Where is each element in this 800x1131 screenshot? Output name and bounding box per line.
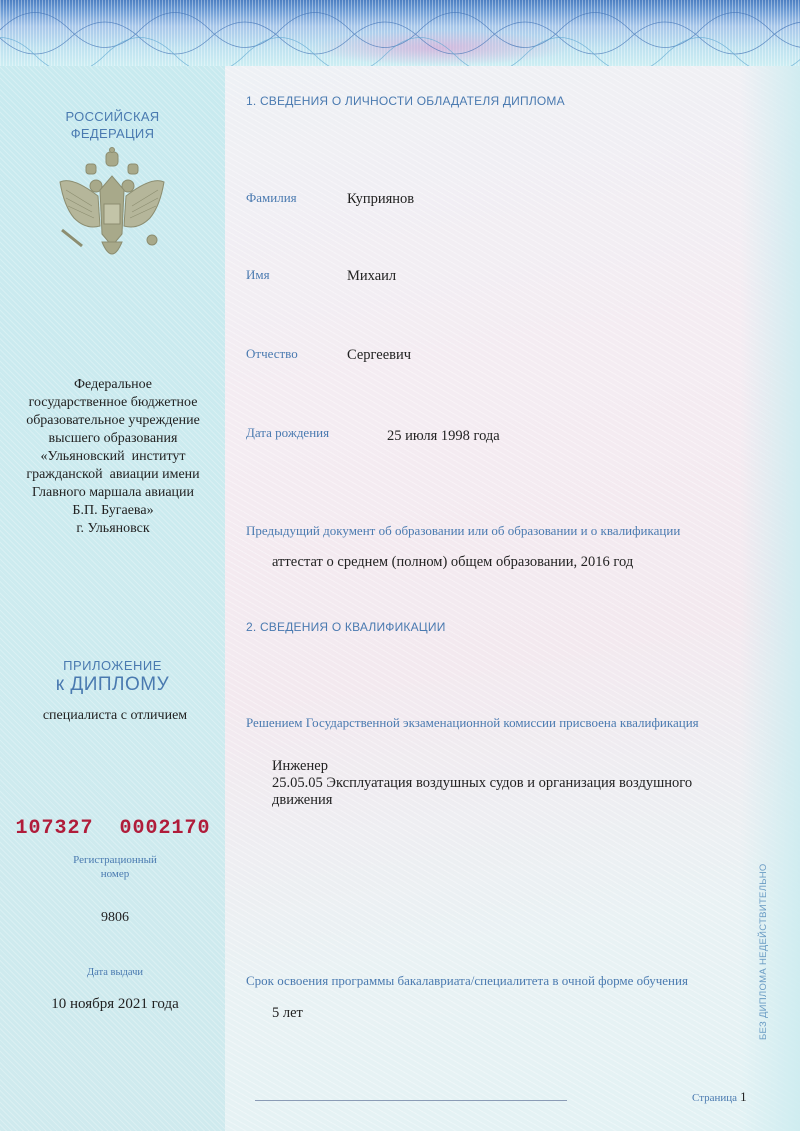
- surname-label: Фамилия: [246, 190, 297, 206]
- patronymic-value: Сергеевич: [347, 347, 411, 364]
- country-line-2: ФЕДЕРАЦИЯ: [40, 125, 185, 142]
- duration-label: Срок освоения программы бакалавриата/спе…: [246, 973, 688, 989]
- issue-date-label: Дата выдачи: [10, 967, 220, 978]
- registration-label: Регистрационный номер: [10, 853, 220, 881]
- surname-value: Куприянов: [347, 191, 414, 208]
- coat-of-arms-icon: [52, 146, 172, 274]
- previous-document-value: аттестат о среднем (полном) общем образо…: [272, 554, 633, 571]
- qualification-value: Инженер 25.05.05 Эксплуатация воздушных …: [272, 758, 742, 809]
- issue-date: 10 ноября 2021 года: [10, 996, 220, 1013]
- country-line-1: РОССИЙСКАЯ: [40, 108, 185, 125]
- first-name-label: Имя: [246, 267, 270, 283]
- main-panel: [225, 66, 800, 1131]
- birth-date-value: 25 июля 1998 года: [387, 428, 500, 445]
- country-name: РОССИЙСКАЯ ФЕДЕРАЦИЯ: [40, 108, 185, 142]
- page-label: Страница: [692, 1092, 737, 1104]
- validity-note: БЕЗ ДИПЛОМА НЕДЕЙСТВИТЕЛЬНО: [758, 863, 769, 1040]
- previous-document-label: Предыдущий документ об образовании или о…: [246, 523, 680, 539]
- section-1-title: 1. СВЕДЕНИЯ О ЛИЧНОСТИ ОБЛАДАТЕЛЯ ДИПЛОМ…: [246, 94, 565, 108]
- first-name-value: Михаил: [347, 268, 396, 285]
- qualification-specialty: 25.05.05 Эксплуатация воздушных судов и …: [272, 775, 742, 809]
- page-indicator: Страница1: [692, 1089, 747, 1105]
- signature-line: [255, 1100, 567, 1101]
- patronymic-label: Отчество: [246, 346, 298, 362]
- serial-number: 107327 0002170: [8, 817, 218, 840]
- appendix-line-2: к ДИПЛОМУ: [20, 674, 205, 696]
- qualification-title: Инженер: [272, 758, 742, 775]
- duration-value: 5 лет: [272, 1005, 303, 1022]
- birth-date-label: Дата рождения: [246, 425, 329, 441]
- section-2-title: 2. СВЕДЕНИЯ О КВАЛИФИКАЦИИ: [246, 620, 446, 634]
- appendix-line-1: ПРИЛОЖЕНИЕ: [20, 658, 205, 674]
- registration-number: 9806: [10, 910, 220, 926]
- organization-name: Федеральное государственное бюджетное об…: [8, 376, 218, 538]
- page-number: 1: [740, 1089, 747, 1104]
- guilloche-band: [0, 0, 800, 66]
- appendix-title: ПРИЛОЖЕНИЕ к ДИПЛОМУ: [20, 658, 205, 696]
- degree-type: специалиста с отличием: [10, 708, 220, 724]
- qualification-label: Решением Государственной экзаменационной…: [246, 715, 699, 731]
